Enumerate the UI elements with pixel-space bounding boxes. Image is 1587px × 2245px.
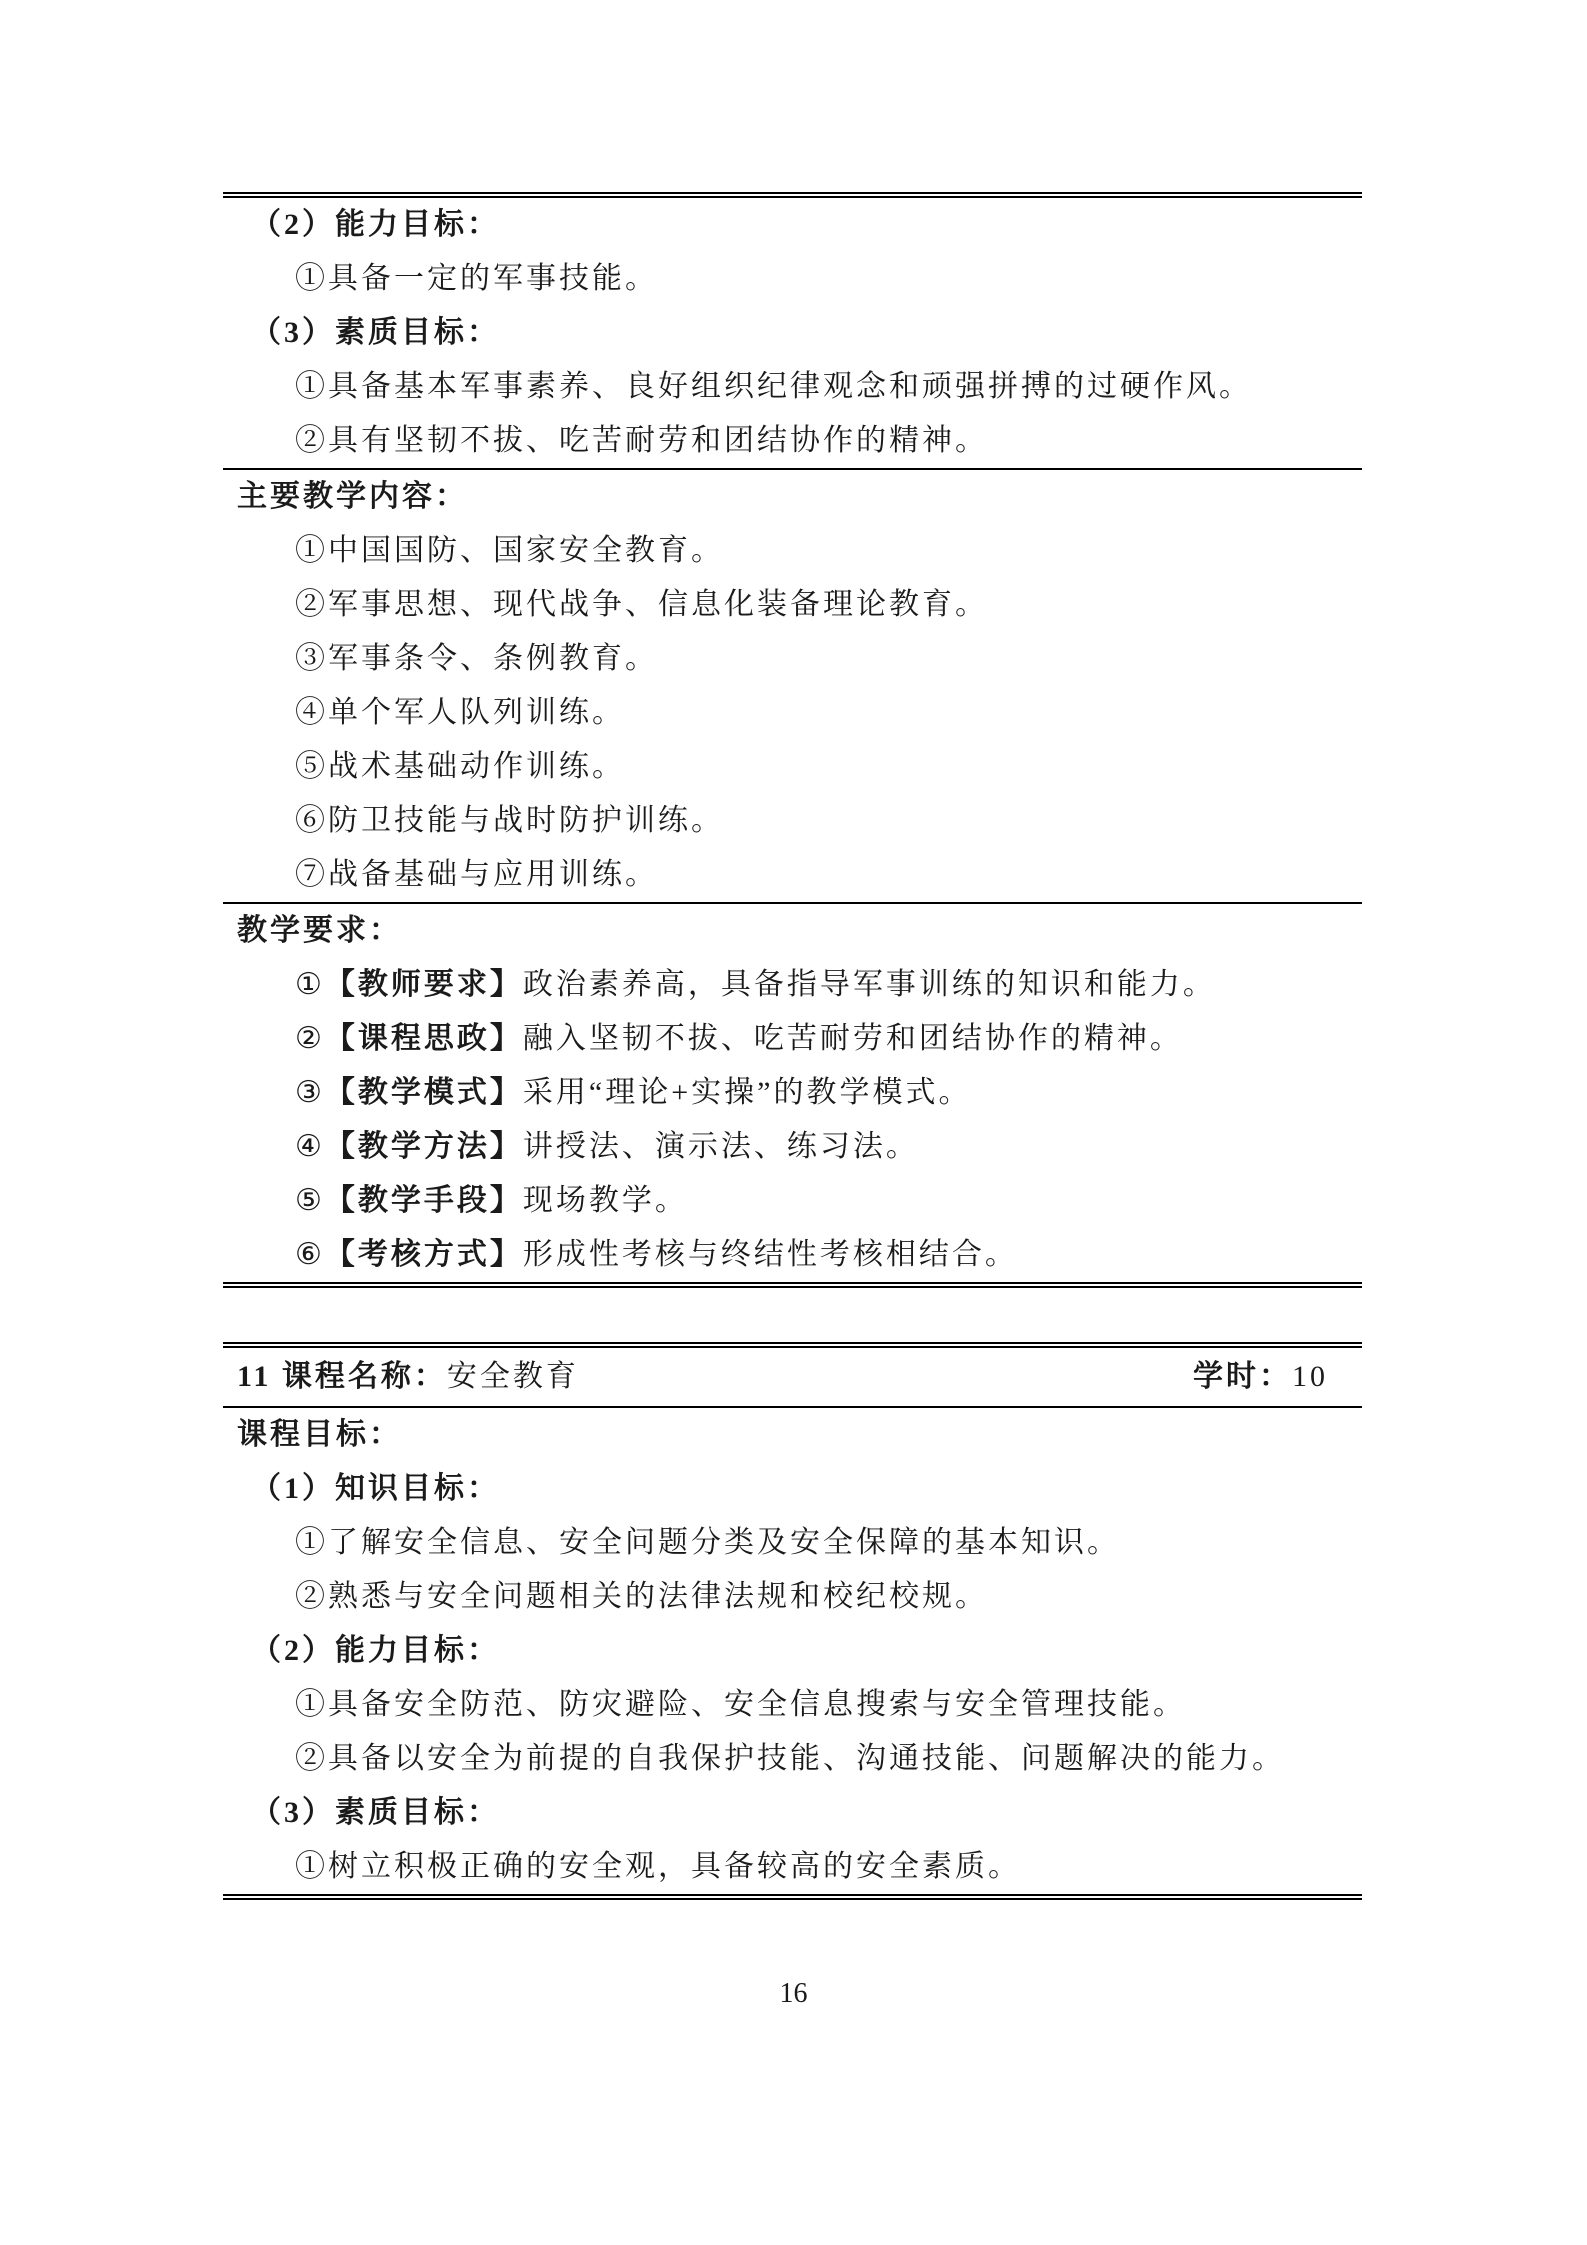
- requirement-text: 讲授法、演示法、练习法。: [523, 1130, 919, 1163]
- teaching-requirement-item: ④【教学方法】讲授法、演示法、练习法。: [223, 1120, 1362, 1174]
- requirement-tag: 【教学手段】: [325, 1184, 523, 1217]
- section-spacer: [223, 1288, 1362, 1342]
- ability-objectives-heading: （2）能力目标：: [223, 1624, 1362, 1678]
- teaching-content-item: ⑥防卫技能与战时防护训练。: [223, 794, 1362, 848]
- teaching-content-item: ⑦战备基础与应用训练。: [223, 848, 1362, 902]
- teaching-content-row: 主要教学内容： ①中国国防、国家安全教育。 ②军事思想、现代战争、信息化装备理论…: [223, 470, 1362, 904]
- teaching-requirement-item: ③【教学模式】采用“理论+实操”的教学模式。: [223, 1066, 1362, 1120]
- requirement-number: ②: [295, 1022, 325, 1055]
- requirement-text: 现场教学。: [523, 1184, 688, 1217]
- ability-objective-item: ②具备以安全为前提的自我保护技能、沟通技能、问题解决的能力。: [223, 1732, 1362, 1786]
- knowledge-objective-item: ①了解安全信息、安全问题分类及安全保障的基本知识。: [223, 1516, 1362, 1570]
- requirement-number: ⑤: [295, 1184, 325, 1217]
- previous-course-section-table: （2）能力目标： ①具备一定的军事技能。 （3）素质目标： ①具备基本军事素养、…: [223, 192, 1362, 1288]
- requirement-text: 政治素养高，具备指导军事训练的知识和能力。: [523, 968, 1216, 1001]
- teaching-content-item: ④单个军人队列训练。: [223, 686, 1362, 740]
- requirement-tag: 【教学方法】: [325, 1130, 523, 1163]
- course-title: 11 课程名称：安全教育: [223, 1348, 579, 1406]
- course-goals-row: 课程目标： （1）知识目标： ①了解安全信息、安全问题分类及安全保障的基本知识。…: [223, 1408, 1362, 1894]
- requirement-tag: 【教师要求】: [325, 968, 523, 1001]
- teaching-content-item: ②军事思想、现代战争、信息化装备理论教育。: [223, 578, 1362, 632]
- knowledge-objectives-heading: （1）知识目标：: [223, 1462, 1362, 1516]
- hours-value: 10: [1292, 1360, 1328, 1393]
- objectives-row: （2）能力目标： ①具备一定的军事技能。 （3）素质目标： ①具备基本军事素养、…: [223, 198, 1362, 470]
- page-number: 16: [0, 1976, 1587, 2012]
- teaching-content-item: ①中国国防、国家安全教育。: [223, 524, 1362, 578]
- requirement-text: 融入坚韧不拔、吃苦耐劳和团结协作的精神。: [523, 1022, 1183, 1055]
- requirement-number: ④: [295, 1130, 325, 1163]
- requirement-tag: 【考核方式】: [325, 1238, 523, 1271]
- teaching-requirement-item: ⑤【教学手段】现场教学。: [223, 1174, 1362, 1228]
- teaching-requirements-heading: 教学要求：: [223, 904, 1362, 958]
- teaching-requirement-item: ①【教师要求】政治素养高，具备指导军事训练的知识和能力。: [223, 958, 1362, 1012]
- ability-objective-item: ①具备安全防范、防灾避险、安全信息搜索与安全管理技能。: [223, 1678, 1362, 1732]
- quality-objective-item: ①具备基本军事素养、良好组织纪律观念和顽强拼搏的过硬作风。: [223, 360, 1362, 414]
- requirement-text: 采用“理论+实操”的教学模式。: [523, 1076, 972, 1109]
- requirement-text: 形成性考核与终结性考核相结合。: [523, 1238, 1018, 1271]
- knowledge-objective-item: ②熟悉与安全问题相关的法律法规和校纪校规。: [223, 1570, 1362, 1624]
- document-page: （2）能力目标： ①具备一定的军事技能。 （3）素质目标： ①具备基本军事素养、…: [0, 0, 1587, 2245]
- quality-objectives-heading: （3）素质目标：: [223, 306, 1362, 360]
- ability-objective-item: ①具备一定的军事技能。: [223, 252, 1362, 306]
- course-goals-heading: 课程目标：: [223, 1408, 1362, 1462]
- course-header-row: 11 课程名称：安全教育 学时：10: [223, 1348, 1362, 1408]
- requirement-tag: 【教学模式】: [325, 1076, 523, 1109]
- course-number-label: 11 课程名称：: [237, 1360, 447, 1393]
- ability-objectives-heading: （2）能力目标：: [223, 198, 1362, 252]
- requirement-number: ①: [295, 968, 325, 1001]
- quality-objective-item: ①树立积极正确的安全观，具备较高的安全素质。: [223, 1840, 1362, 1894]
- course-11-table: 11 课程名称：安全教育 学时：10 课程目标： （1）知识目标： ①了解安全信…: [223, 1342, 1362, 1900]
- teaching-content-heading: 主要教学内容：: [223, 470, 1362, 524]
- quality-objective-item: ②具有坚韧不拔、吃苦耐劳和团结协作的精神。: [223, 414, 1362, 468]
- course-name: 安全教育: [447, 1360, 579, 1393]
- teaching-requirement-item: ②【课程思政】融入坚韧不拔、吃苦耐劳和团结协作的精神。: [223, 1012, 1362, 1066]
- teaching-requirement-item: ⑥【考核方式】形成性考核与终结性考核相结合。: [223, 1228, 1362, 1282]
- requirement-number: ③: [295, 1076, 325, 1109]
- course-hours: 学时：10: [1193, 1348, 1362, 1406]
- requirement-number: ⑥: [295, 1238, 325, 1271]
- teaching-requirements-row: 教学要求： ①【教师要求】政治素养高，具备指导军事训练的知识和能力。 ②【课程思…: [223, 904, 1362, 1282]
- quality-objectives-heading: （3）素质目标：: [223, 1786, 1362, 1840]
- teaching-content-item: ⑤战术基础动作训练。: [223, 740, 1362, 794]
- page-content: （2）能力目标： ①具备一定的军事技能。 （3）素质目标： ①具备基本军事素养、…: [223, 192, 1362, 1900]
- hours-label: 学时：: [1193, 1360, 1292, 1393]
- teaching-content-item: ③军事条令、条例教育。: [223, 632, 1362, 686]
- requirement-tag: 【课程思政】: [325, 1022, 523, 1055]
